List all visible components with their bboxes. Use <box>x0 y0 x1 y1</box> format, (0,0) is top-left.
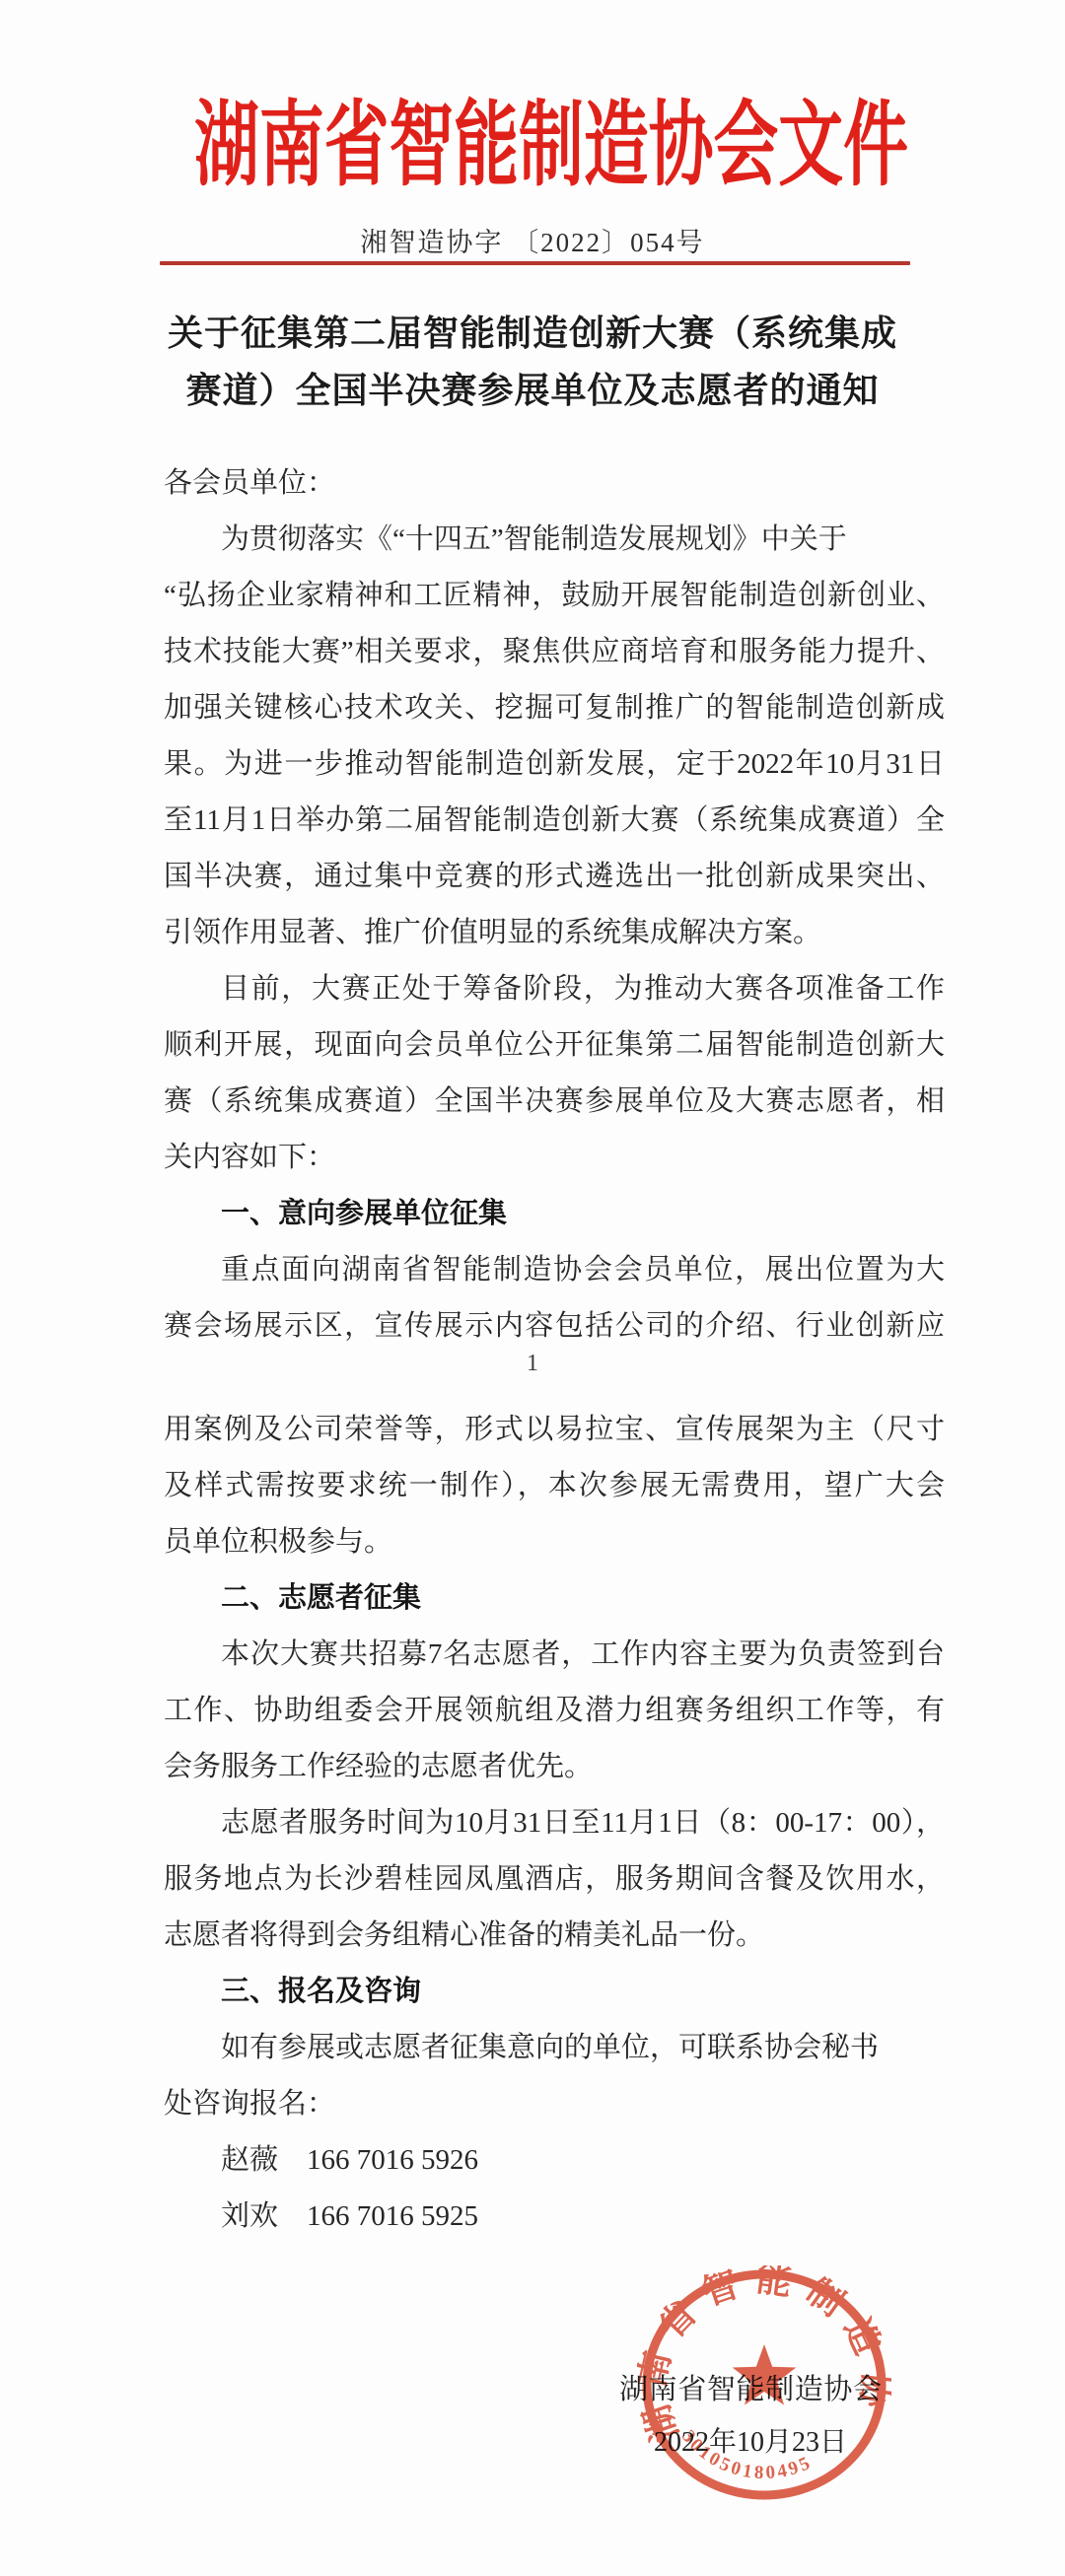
body-line: 志愿者服务时间为10月31日至11月1日（8：00-17：00）， <box>164 1795 945 1851</box>
body-line: 果。为进一步推动智能制造创新发展，定于2022年10月31日 <box>164 736 945 793</box>
body-line: “弘扬企业家精神和工匠精神，鼓励开展智能制造创新创业、 <box>164 568 945 624</box>
body-line: 顺利开展，现面向会员单位公开征集第二届智能制造创新大 <box>164 1017 945 1074</box>
body-line: 如有参展或志愿者征集意向的单位，可联系协会秘书 <box>164 2020 945 2076</box>
section-heading: 三、报名及咨询 <box>164 1964 945 2020</box>
body-page-1: 各会员单位：为贯彻落实《“十四五”智能制造发展规划》中关于“弘扬企业家精神和工匠… <box>164 455 945 1355</box>
section-heading: 一、意向参展单位征集 <box>164 1186 945 1242</box>
body-line: 会务服务工作经验的志愿者优先。 <box>164 1739 945 1795</box>
letterhead-org-title: 湖南省智能制造协会文件 <box>178 95 924 197</box>
signature-block: 湖南省智能制造协会 2022年10月23日 <box>619 2364 882 2469</box>
body-page-2: 用案例及公司荣誉等，形式以易拉宝、宣传展架为主（尺寸及样式需按要求统一制作），本… <box>164 1402 945 2245</box>
body-line: 目前，大赛正处于筹备阶段，为推动大赛各项准备工作 <box>164 961 945 1017</box>
page-number: 1 <box>0 1351 1065 1377</box>
body-line: 及样式需按要求统一制作），本次参展无需费用，望广大会 <box>164 1458 945 1514</box>
body-line: 志愿者将得到会务组精心准备的精美礼品一份。 <box>164 1908 945 1964</box>
document-title-line-2: 赛道）全国半决赛参展单位及志愿者的通知 <box>0 362 1065 419</box>
body-line: 员单位积极参与。 <box>164 1514 945 1570</box>
body-line: 重点面向湖南省智能制造协会会员单位，展出位置为大 <box>164 1242 945 1298</box>
body-line: 国半决赛，通过集中竞赛的形式遴选出一批创新成果突出、 <box>164 849 945 905</box>
document-page: 湖南省智能制造协会文件 湘智造协字 〔2022〕054号 关于征集第二届智能制造… <box>0 0 1065 2576</box>
doc-number: 湘智造协字 〔2022〕054号 <box>0 221 1065 259</box>
body-line: 加强关键核心技术攻关、挖掘可复制推广的智能制造创新成 <box>164 680 945 736</box>
body-line: 处咨询报名： <box>164 2076 945 2132</box>
body-line: 关内容如下： <box>164 1130 945 1186</box>
body-line: 本次大赛共招募7名志愿者，工作内容主要为负责签到台 <box>164 1627 945 1683</box>
section-heading: 二、志愿者征集 <box>164 1570 945 1627</box>
body-line: 用案例及公司荣誉等，形式以易拉宝、宣传展架为主（尺寸 <box>164 1402 945 1458</box>
body-line: 赵薇 166 7016 5926 <box>164 2132 945 2189</box>
signature-date: 2022年10月23日 <box>619 2416 882 2469</box>
body-line: 技术技能大赛”相关要求，聚焦供应商培育和服务能力提升、 <box>164 624 945 680</box>
document-title: 关于征集第二届智能制造创新大赛（系统集成 赛道）全国半决赛参展单位及志愿者的通知 <box>0 305 1065 419</box>
body-line: 赛（系统集成赛道）全国半决赛参展单位及大赛志愿者，相 <box>164 1074 945 1130</box>
body-line: 赛会场展示区，宣传展示内容包括公司的介绍、行业创新应 <box>164 1298 945 1355</box>
body-line: 工作、协助组委会开展领航组及潜力组赛务组织工作等，有 <box>164 1683 945 1739</box>
document-title-line-1: 关于征集第二届智能制造创新大赛（系统集成 <box>0 305 1065 362</box>
signature-org: 湖南省智能制造协会 <box>619 2364 882 2416</box>
body-line: 刘欢 166 7016 5925 <box>164 2189 945 2245</box>
body-line: 引领作用显著、推广价值明显的系统集成解决方案。 <box>164 905 945 961</box>
letterhead-divider <box>160 261 910 265</box>
body-line: 各会员单位： <box>164 455 945 512</box>
body-line: 服务地点为长沙碧桂园凤凰酒店，服务期间含餐及饮用水， <box>164 1851 945 1908</box>
body-line: 至11月1日举办第二届智能制造创新大赛（系统集成赛道）全 <box>164 793 945 849</box>
body-line: 为贯彻落实《“十四五”智能制造发展规划》中关于 <box>164 512 945 568</box>
